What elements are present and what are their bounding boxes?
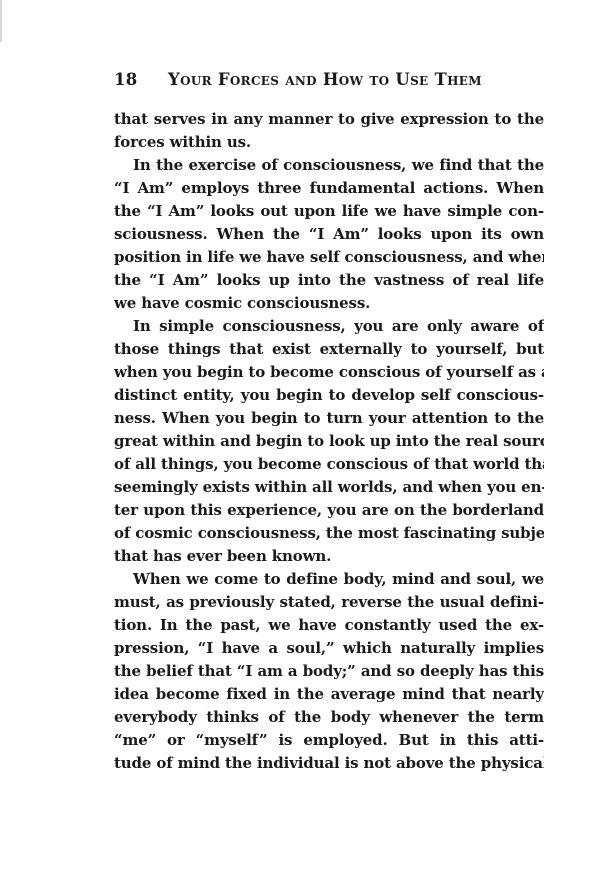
text-line: everybody thinks of the body whenever th… [114, 706, 544, 729]
text-line: pression, “I have a soul,” which natural… [114, 637, 544, 660]
text-line: those things that exist externally to yo… [114, 338, 544, 361]
paragraph-3: In simple consciousness, you are only aw… [114, 315, 544, 568]
text-line: In the exercise of consciousness, we fin… [114, 154, 544, 177]
text-line: that serves in any manner to give expres… [114, 108, 544, 131]
text-line: must, as previously stated, reverse the … [114, 591, 544, 614]
text-line: position in life we have self consciousn… [114, 246, 544, 269]
text-line: sciousness. When the “I Am” looks upon i… [114, 223, 544, 246]
text-line: “I Am” employs three fundamental actions… [114, 177, 544, 200]
text-line: when you begin to become conscious of yo… [114, 361, 544, 384]
text-line: of cosmic consciousness, the most fascin… [114, 522, 544, 545]
paragraph-4: When we come to define body, mind and so… [114, 568, 544, 775]
page-number: 18 [114, 70, 168, 89]
scan-edge-mark [0, 0, 2, 42]
text-line: tion. In the past, we have constantly us… [114, 614, 544, 637]
text-line: the belief that “I am a body;” and so de… [114, 660, 544, 683]
running-title: Your Forces and How to Use Them [168, 70, 482, 89]
text-line: In simple consciousness, you are only aw… [114, 315, 544, 338]
text-line: that has ever been known. [114, 545, 544, 568]
body-text: that serves in any manner to give expres… [114, 108, 544, 775]
text-line: tude of mind the individual is not above… [114, 752, 544, 775]
running-head: 18 Your Forces and How to Use Them [114, 70, 544, 96]
text-line: great within and begin to look up into t… [114, 430, 544, 453]
text-line: the “I Am” looks out upon life we have s… [114, 200, 544, 223]
text-line: distinct entity, you begin to develop se… [114, 384, 544, 407]
text-line: idea become fixed in the average mind th… [114, 683, 544, 706]
text-line: we have cosmic consciousness. [114, 292, 544, 315]
paragraph-1: that serves in any manner to give expres… [114, 108, 544, 154]
text-line: forces within us. [114, 131, 544, 154]
text-line: of all things, you become conscious of t… [114, 453, 544, 476]
paragraph-2: In the exercise of consciousness, we fin… [114, 154, 544, 315]
text-line: “me” or “myself” is employed. But in thi… [114, 729, 544, 752]
text-line: the “I Am” looks up into the vastness of… [114, 269, 544, 292]
text-line: When we come to define body, mind and so… [114, 568, 544, 591]
book-page: 18 Your Forces and How to Use Them that … [114, 70, 544, 775]
text-line: seemingly exists within all worlds, and … [114, 476, 544, 499]
text-line: ter upon this experience, you are on the… [114, 499, 544, 522]
text-line: ness. When you begin to turn your attent… [114, 407, 544, 430]
